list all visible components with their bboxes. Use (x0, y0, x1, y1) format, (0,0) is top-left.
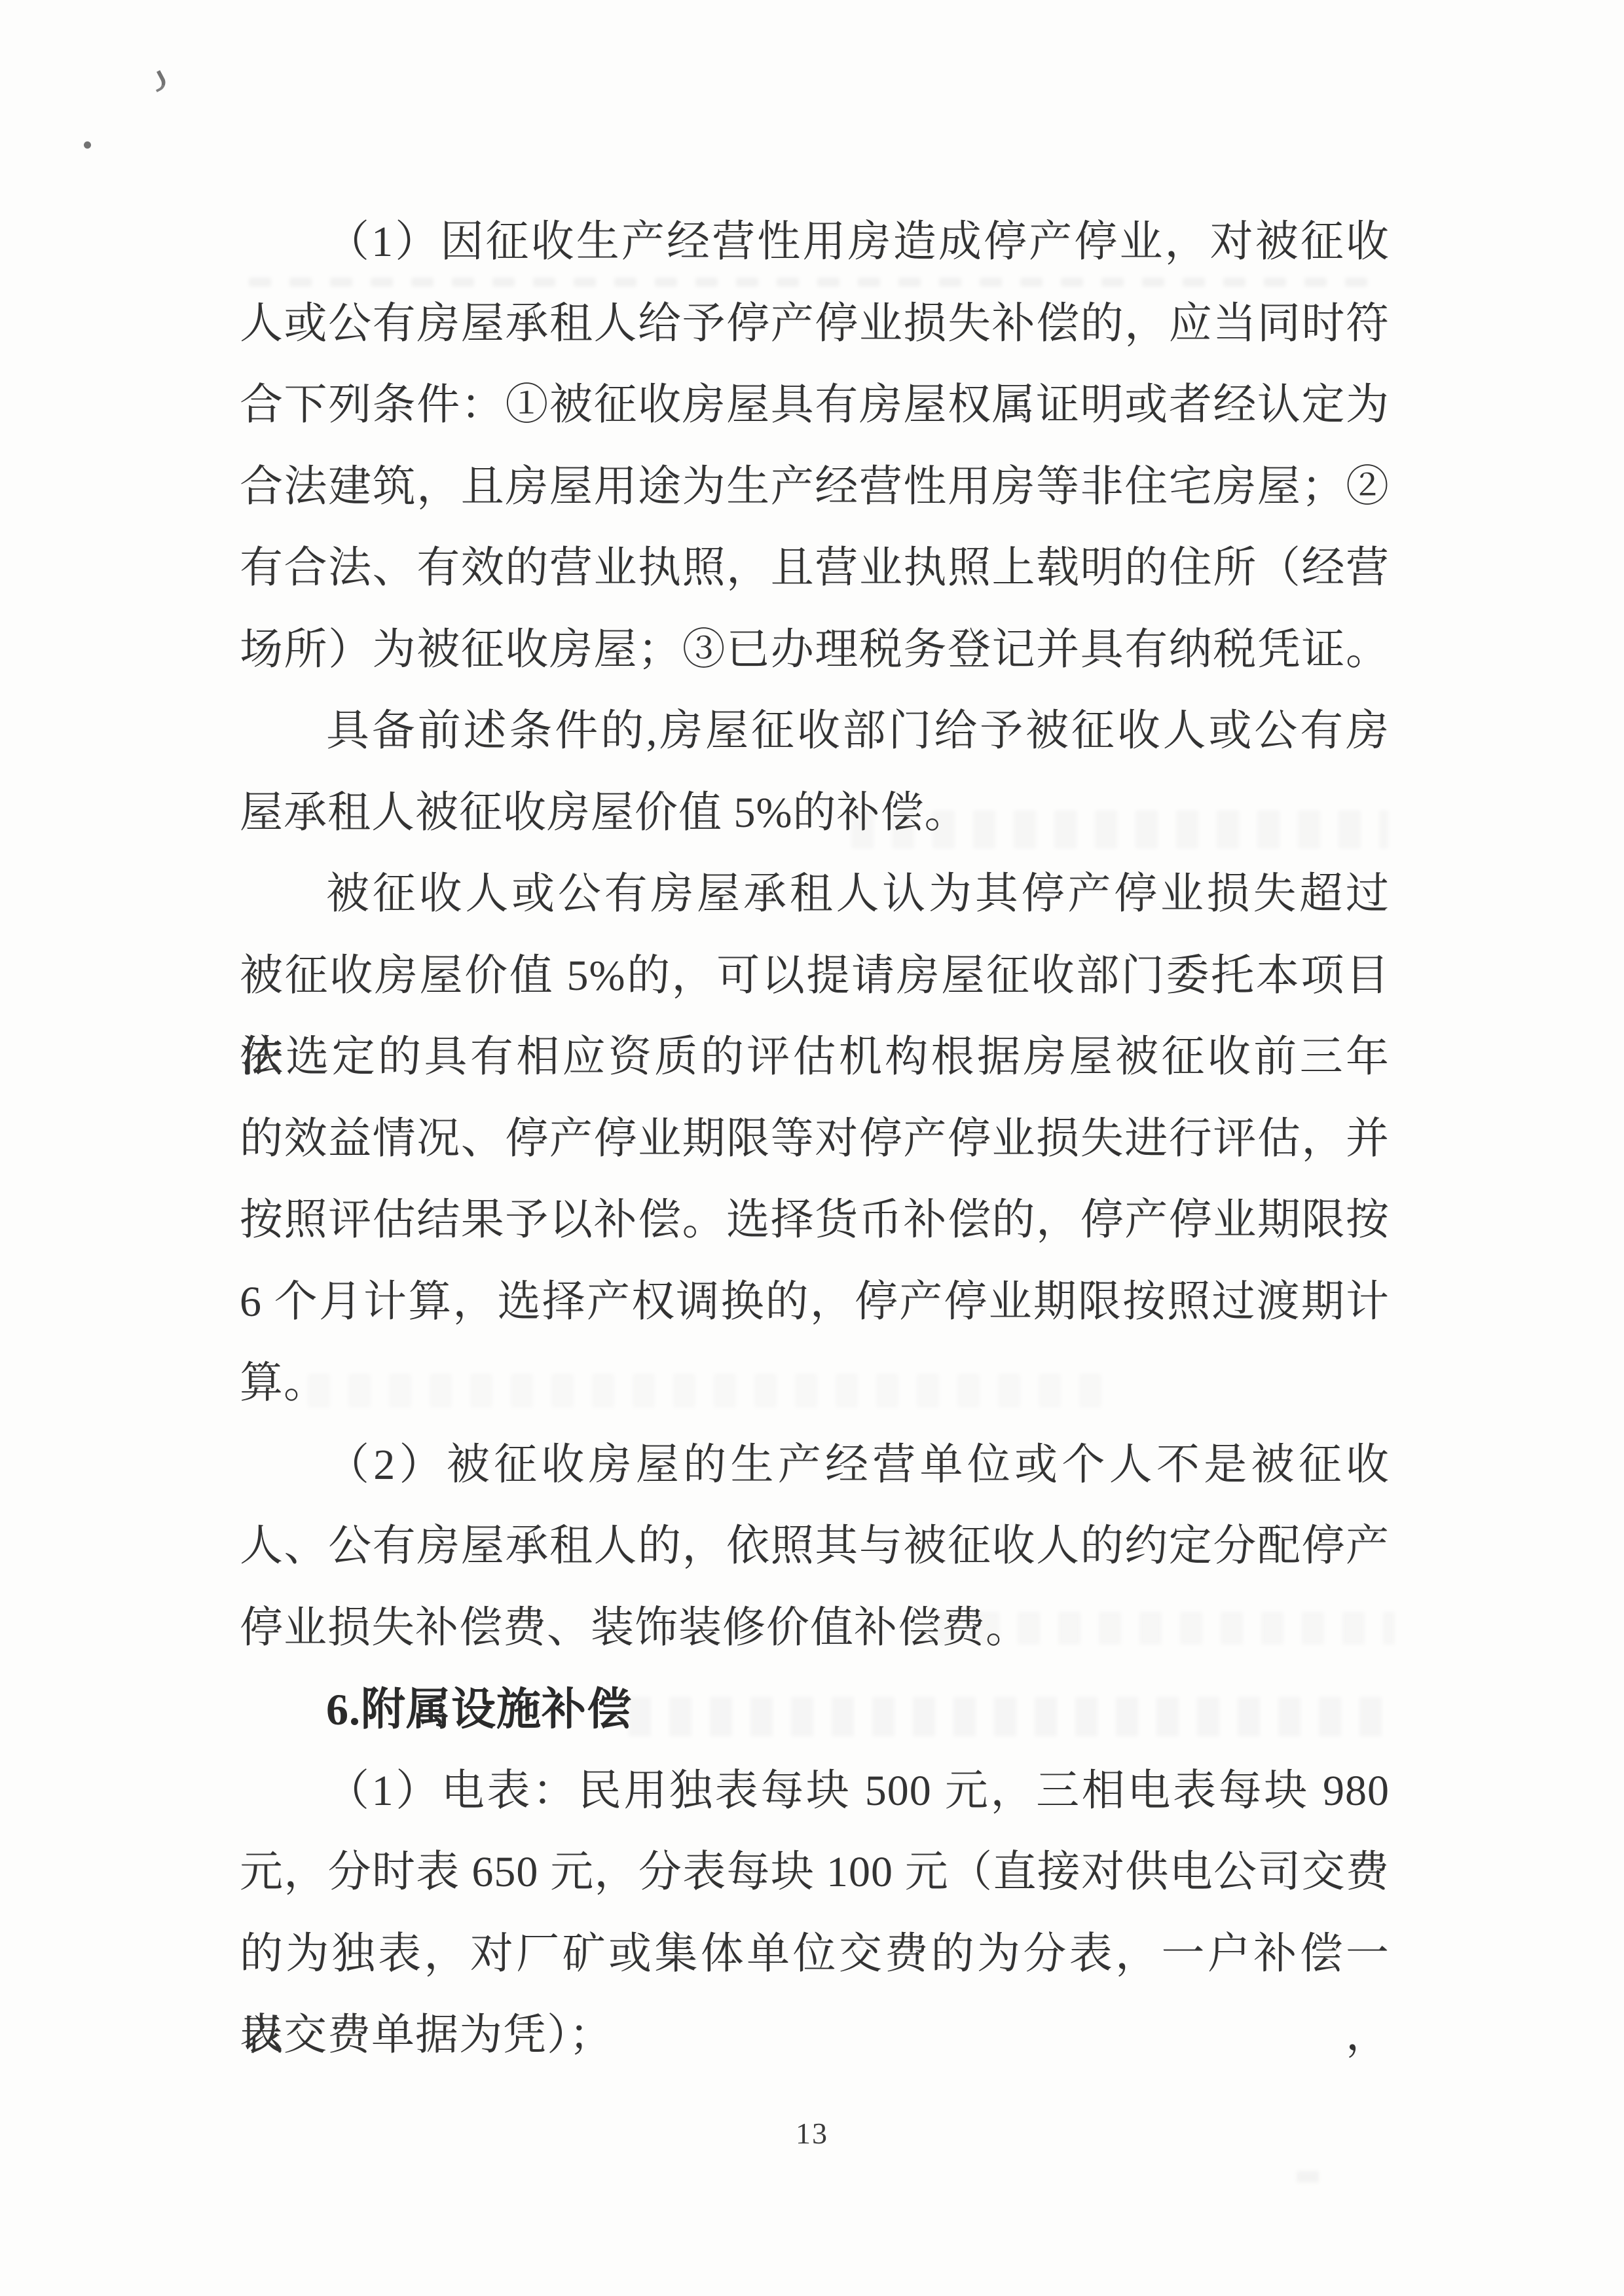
scan-artifact-comma-mark (149, 70, 169, 92)
paragraph-line: 被征收房屋价值 5%的，可以提请房屋征收部门委托本项目依 (240, 936, 1390, 1017)
paragraph-line: 人、公有房屋承租人的，依照其与被征收人的约定分配停产 (240, 1506, 1390, 1588)
page-number: 13 (0, 2116, 1624, 2151)
paragraph-line: （1）因征收生产经营性用房造成停产停业，对被征收 (240, 202, 1390, 283)
paragraph-line: 屋承租人被征收房屋价值 5%的补偿。 (240, 773, 1390, 854)
paragraph-line: 合法建筑，且房屋用途为生产经营性用房等非住宅房屋；② (240, 446, 1390, 528)
paragraph-line: 的效益情况、停产停业期限等对停产停业损失进行评估，并 (240, 1099, 1390, 1180)
bleed-through-artifact (1297, 2171, 1336, 2183)
paragraph-line: 停业损失补偿费、装饰装修价值补偿费。 (240, 1588, 1390, 1669)
paragraph-line: 被征收人或公有房屋承租人认为其停产停业损失超过 (240, 854, 1390, 936)
document-page: （1）因征收生产经营性用房造成停产停业，对被征收 人或公有房屋承租人给予停产停业… (0, 0, 1624, 2296)
paragraph-line: 6 个月计算，选择产权调换的，停产停业期限按照过渡期计 (240, 1262, 1390, 1343)
paragraph-line: 场所）为被征收房屋；③已办理税务登记并具有纳税凭证。 (240, 610, 1390, 691)
paragraph-line: 合下列条件：①被征收房屋具有房屋权属证明或者经认定为 (240, 365, 1390, 446)
paragraph-line: 人或公有房屋承租人给予停产停业损失补偿的，应当同时符 (240, 283, 1390, 365)
paragraph-line: 的为独表，对厂矿或集体单位交费的为分表，一户补偿一表， (240, 1914, 1390, 1995)
paragraph-line: 算。 (240, 1343, 1390, 1425)
paragraph-line: 有合法、有效的营业执照，且营业执照上载明的住所（经营 (240, 528, 1390, 610)
paragraph-line: 法选定的具有相应资质的评估机构根据房屋被征收前三年 (240, 1017, 1390, 1099)
paragraph-line: （1）电表：民用独表每块 500 元，三相电表每块 980 (240, 1751, 1390, 1832)
paragraph-line: 按照评估结果予以补偿。选择货币补偿的，停产停业期限按 (240, 1180, 1390, 1262)
paragraph-line: 具备前述条件的,房屋征收部门给予被征收人或公有房 (240, 691, 1390, 773)
scan-artifact-dot (84, 141, 91, 149)
document-body: （1）因征收生产经营性用房造成停产停业，对被征收 人或公有房屋承租人给予停产停业… (240, 202, 1390, 2077)
section-heading: 6.附属设施补偿 (240, 1669, 1390, 1751)
paragraph-line: （2）被征收房屋的生产经营单位或个人不是被征收 (240, 1425, 1390, 1506)
paragraph-line: 元，分时表 650 元，分表每块 100 元（直接对供电公司交费 (240, 1832, 1390, 1914)
